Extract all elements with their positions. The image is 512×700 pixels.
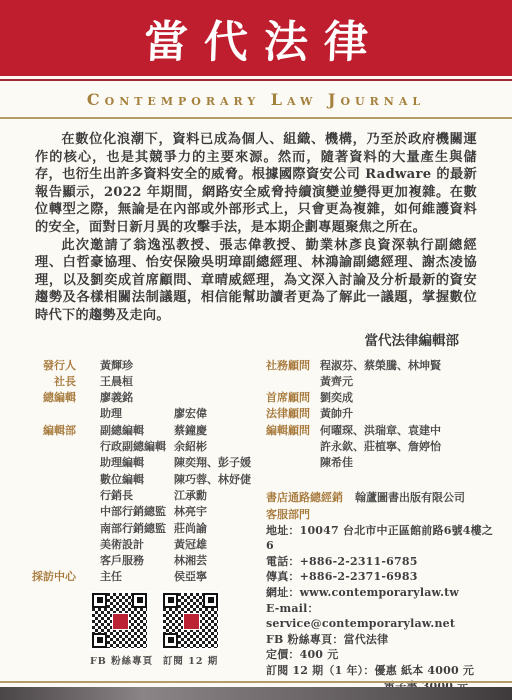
staff-row: 助理編輯陳奕翔、彭子媛 <box>28 455 266 471</box>
advisor-row: 首席顧問劉奕成 <box>266 390 500 406</box>
staff-row: 採訪中心主任侯亞寧 <box>28 569 266 585</box>
service-dept-label: 客服部門 <box>266 506 312 523</box>
staff-row: 編輯部副總編輯蔡鐘慶 <box>28 423 266 439</box>
editorial-note: 在數位化浪潮下，資料已成為個人、組織、機構，乃至於政府機關運作的核心，也是其競爭… <box>0 119 512 349</box>
qr-finder-icon <box>163 593 178 608</box>
advisor-row: 法律顧問黃帥升 <box>266 406 500 422</box>
qr-finder-icon <box>92 633 107 648</box>
price-line: 定價：400 元 <box>266 647 500 663</box>
qr-label-subscribe: 訂閱 12 期 <box>161 653 220 667</box>
advisor-row: 許永欽、莊植寧、詹婷怡 <box>266 439 500 455</box>
contact-website-link[interactable]: 網址：www.contemporarylaw.tw <box>266 585 500 601</box>
advisor-row: 黃齊元 <box>266 374 500 390</box>
staff-row: 發行人黃輝珍 <box>28 358 266 374</box>
staff-row: 助理廖宏偉 <box>28 406 266 422</box>
qr-code-area: FB 粉絲專頁 訂閱 12 期 <box>28 591 266 667</box>
staff-row: 中部行銷總監林亮宇 <box>28 504 266 520</box>
staff-row: 社長王晨桓 <box>28 374 266 390</box>
staff-column-right: 社務顧問程淑芬、蔡榮騰、林坤賢 黃齊元 首席顧問劉奕成 法律顧問黃帥升 編輯顧問… <box>266 358 500 695</box>
staff-row: 客戶服務林湘芸 <box>28 553 266 569</box>
contact-address: 地址：10047 台北市中正區館前路6號4樓之6 <box>266 523 500 554</box>
subtitle-strip: Contemporary Law Journal <box>0 79 512 119</box>
journal-subtitle: Contemporary Law Journal <box>0 90 512 109</box>
staff-row: 行政副總編輯余紹彬 <box>28 439 266 455</box>
qr-finder-icon <box>203 593 218 608</box>
distribution-row: 書店通路總經銷 翰蘆圖書出版有限公司 <box>266 489 500 506</box>
contact-email-link[interactable]: E-mail：service@contemporarylaw.net <box>266 601 500 632</box>
facebook-qr-code-icon <box>90 591 149 650</box>
subscribe-qr-code-icon <box>161 591 220 650</box>
qr-item-facebook: FB 粉絲專頁 <box>90 591 153 667</box>
footer-gray-bar <box>0 687 512 700</box>
staff-row: 數位編輯陳巧蓉、林妤倢 <box>28 472 266 488</box>
qr-finder-icon <box>163 633 178 648</box>
journal-title: 當代法律 <box>127 6 385 70</box>
masthead-banner: 當代法律 <box>0 0 512 76</box>
contact-fax: 傳真：+886-2-2371-6983 <box>266 569 500 585</box>
qr-item-subscribe: 訂閱 12 期 <box>161 591 220 667</box>
staff-column-left: 發行人黃輝珍 社長王晨桓 總編輯廖義銘 助理廖宏偉 編輯部副總編輯蔡鐘慶 行政副… <box>28 358 266 695</box>
magazine-colophon-page: 當代法律 Contemporary Law Journal 在數位化浪潮下，資料… <box>0 0 512 700</box>
publishing-info-block: 書店通路總經銷 翰蘆圖書出版有限公司 客服部門 地址：10047 台北市中正區館… <box>266 489 500 695</box>
qr-label-facebook: FB 粉絲專頁 <box>90 653 153 667</box>
staff-row: 南部行銷總監莊尚諭 <box>28 521 266 537</box>
editorial-paragraph-2: 此次邀請了翁逸泓教授、張志偉教授、勤業林彥良資深執行副總經理、白哲豪協理、怡安保… <box>35 237 477 325</box>
editorial-signature: 當代法律編輯部 <box>35 329 477 349</box>
distribution-label: 書店通路總經銷 <box>266 489 343 506</box>
qr-finder-icon <box>92 593 107 608</box>
advisor-row: 編輯顧問何曜琛、洪瑞章、袁建中 <box>266 423 500 439</box>
staff-row: 美術設計黃冠雄 <box>28 537 266 553</box>
contact-facebook-page: FB 粉絲專頁：當代法律 <box>266 632 500 648</box>
advisor-row: 社務顧問程淑芬、蔡榮騰、林坤賢 <box>266 358 500 374</box>
contact-phone: 電話：+886-2-2311-6785 <box>266 554 500 570</box>
subscription-line: 訂閱 12 期（1 年）：優惠 紙本 4000 元 <box>266 663 500 679</box>
distribution-value: 翰蘆圖書出版有限公司 <box>355 489 465 506</box>
advisor-row: 陳希佳 <box>266 455 500 471</box>
qr-center-logo-icon <box>183 613 200 630</box>
staff-row: 總編輯廖義銘 <box>28 390 266 406</box>
page-body: 在數位化浪潮下，資料已成為個人、組織、機構，乃至於政府機關運作的核心，也是其競爭… <box>0 119 512 694</box>
staff-row: 行銷長江承勳 <box>28 488 266 504</box>
qr-finder-icon <box>132 593 147 608</box>
staff-masthead: 發行人黃輝珍 社長王晨桓 總編輯廖義銘 助理廖宏偉 編輯部副總編輯蔡鐘慶 行政副… <box>0 358 512 695</box>
footer-gold-rule <box>0 681 512 683</box>
editorial-paragraph-1: 在數位化浪潮下，資料已成為個人、組織、機構，乃至於政府機關運作的核心，也是其競爭… <box>35 131 477 237</box>
qr-center-logo-icon <box>112 613 129 630</box>
